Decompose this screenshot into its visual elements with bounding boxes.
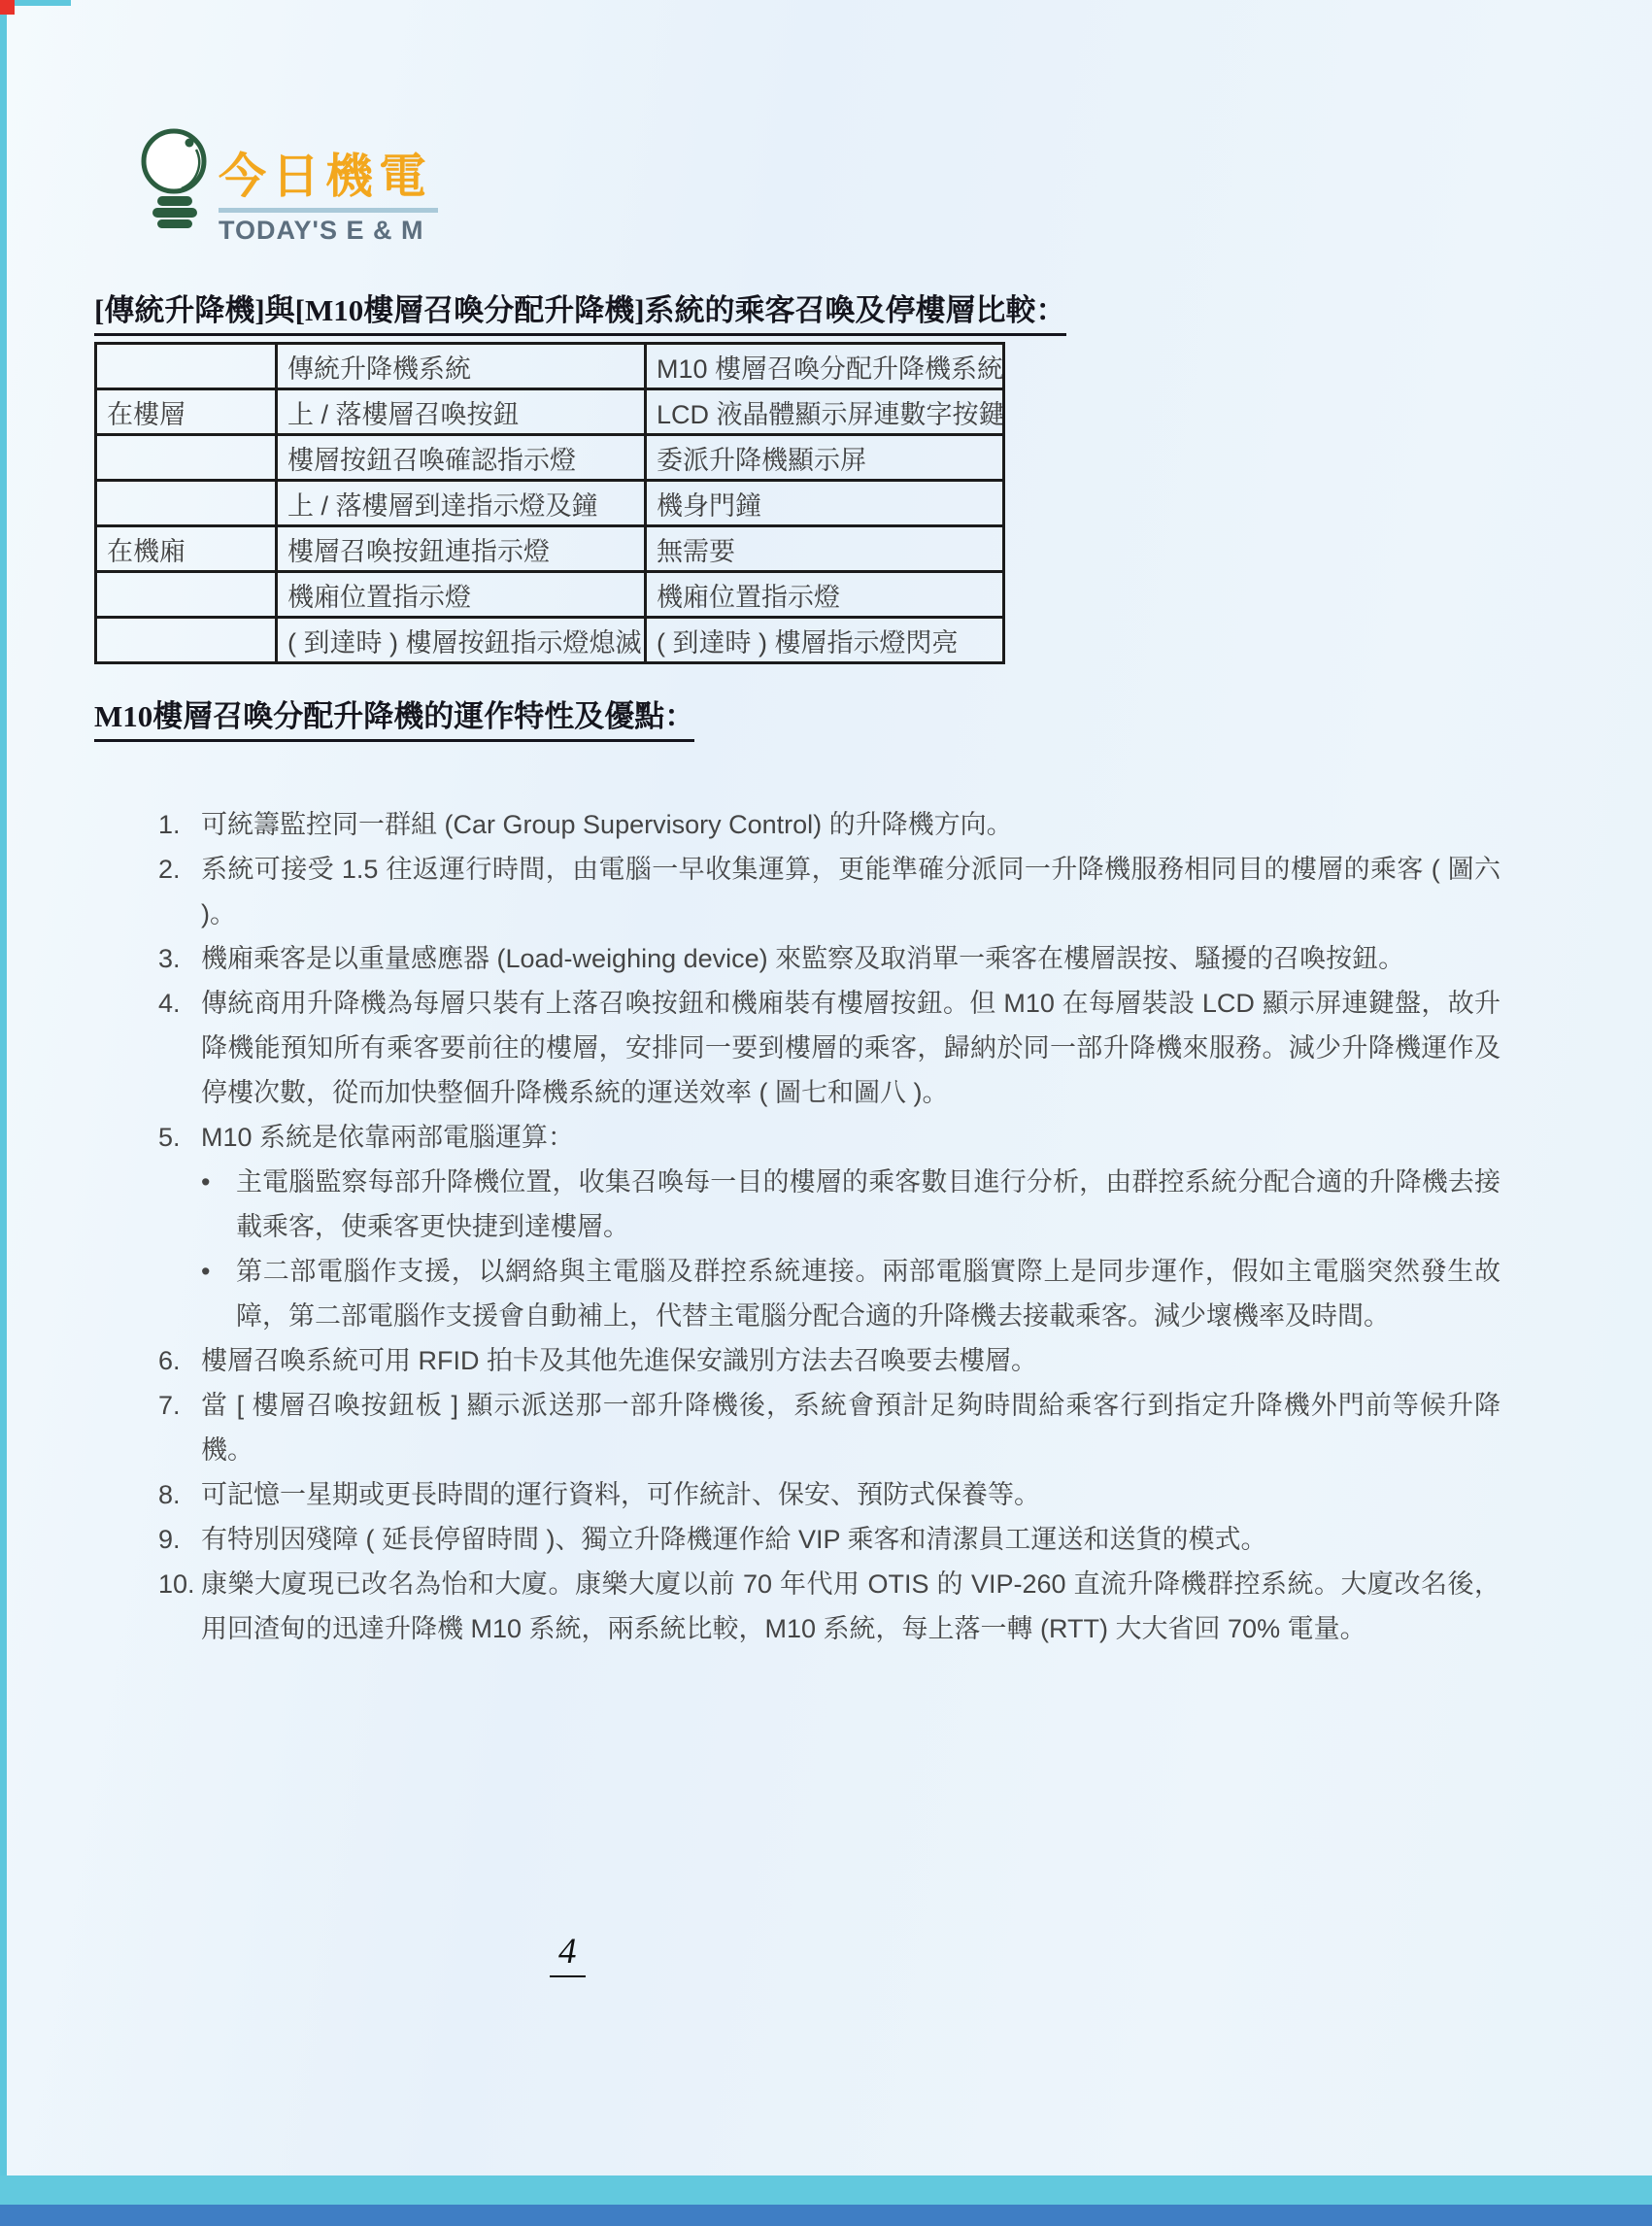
bottom-cyan-bar bbox=[0, 2175, 1652, 2205]
table-cell bbox=[96, 572, 277, 618]
list-item: 4. 傳統商用升降機為每層只裝有上落召喚按鈕和機廂裝有樓層按鈕。但 M10 在每… bbox=[158, 981, 1500, 1115]
list-item: 3. 機廂乘客是以重量感應器 (Load-weighing device) 來監… bbox=[158, 936, 1500, 981]
table-cell: 上 / 落樓層召喚按鈕 bbox=[277, 389, 646, 435]
logo-subtitle: TODAY'S E & M bbox=[219, 216, 438, 246]
table-cell: 樓層召喚按鈕連指示燈 bbox=[277, 526, 646, 572]
bullet-text: 主電腦監察每部升降機位置，收集召喚每一目的樓層的乘客數目進行分析，由群控系統分配… bbox=[236, 1160, 1500, 1249]
features-heading: M10樓層召喚分配升降機的運作特性及優點： bbox=[94, 691, 694, 742]
table-cell: 在樓層 bbox=[96, 389, 277, 435]
comparison-heading: [傳統升降機]與[M10樓層召喚分配升降機]系統的乘客召喚及停樓層比較： bbox=[94, 286, 1066, 336]
list-item: 6. 樓層召喚系統可用 RFID 拍卡及其他先進保安識別方法去召喚要去樓層。 bbox=[158, 1338, 1500, 1383]
item-text: M10 系統是依靠兩部電腦運算： bbox=[201, 1115, 1500, 1160]
item-text: 當 [ 樓層召喚按鈕板 ] 顯示派送那一部升降機後，系統會預計足夠時間給乘客行到… bbox=[201, 1383, 1500, 1472]
table-row: 傳統升降機系統 M10 樓層召喚分配升降機系統 bbox=[96, 344, 1004, 389]
corner-red-mark bbox=[0, 0, 15, 15]
table-row: 在機廂 樓層召喚按鈕連指示燈 無需要 bbox=[96, 526, 1004, 572]
logo-title: 今日機電 bbox=[219, 152, 438, 202]
item-text: 可記憶一星期或更長時間的運行資料，可作統計、保安、預防式保養等。 bbox=[201, 1472, 1500, 1517]
table-cell: 傳統升降機系統 bbox=[277, 344, 646, 389]
left-edge-cyan-bar bbox=[0, 15, 7, 2175]
item-text: 機廂乘客是以重量感應器 (Load-weighing device) 來監察及取… bbox=[201, 936, 1500, 981]
table-cell: 機身門鐘 bbox=[646, 481, 1004, 526]
table-row: ( 到達時 ) 樓層按鈕指示燈熄滅 ( 到達時 ) 樓層指示燈閃亮 bbox=[96, 618, 1004, 663]
table-cell: 樓層按鈕召喚確認指示燈 bbox=[277, 435, 646, 481]
table-cell bbox=[96, 618, 277, 663]
table-cell: 無需要 bbox=[646, 526, 1004, 572]
list-item: 1. 可統籌監控同一群組 (Car Group Supervisory Cont… bbox=[158, 802, 1500, 847]
table-row: 上 / 落樓層到達指示燈及鐘 機身門鐘 bbox=[96, 481, 1004, 526]
item-number: 2. bbox=[158, 847, 201, 936]
list-item: 7. 當 [ 樓層召喚按鈕板 ] 顯示派送那一部升降機後，系統會預計足夠時間給乘… bbox=[158, 1383, 1500, 1472]
item-text: 可統籌監控同一群組 (Car Group Supervisory Control… bbox=[201, 802, 1500, 847]
bullet-marker: • bbox=[201, 1249, 236, 1338]
item-number: 10. bbox=[158, 1562, 201, 1651]
item-number: 3. bbox=[158, 936, 201, 981]
list-item: 5. M10 系統是依靠兩部電腦運算： bbox=[158, 1115, 1500, 1160]
bullet-item: • 主電腦監察每部升降機位置，收集召喚每一目的樓層的乘客數目進行分析，由群控系統… bbox=[201, 1160, 1500, 1249]
table-cell: 機廂位置指示燈 bbox=[646, 572, 1004, 618]
table-cell: 上 / 落樓層到達指示燈及鐘 bbox=[277, 481, 646, 526]
table-cell: M10 樓層召喚分配升降機系統 bbox=[646, 344, 1004, 389]
item-number: 9. bbox=[158, 1517, 201, 1562]
table-cell: ( 到達時 ) 樓層按鈕指示燈熄滅 bbox=[277, 618, 646, 663]
table-cell bbox=[96, 344, 277, 389]
list-item: 8. 可記憶一星期或更長時間的運行資料，可作統計、保安、預防式保養等。 bbox=[158, 1472, 1500, 1517]
list-item: 2. 系統可接受 1.5 往返運行時間，由電腦一早收集運算，更能準確分派同一升降… bbox=[158, 847, 1500, 936]
list-item: 9. 有特別因殘障 ( 延長停留時間 )、獨立升降機運作給 VIP 乘客和清潔員… bbox=[158, 1517, 1500, 1562]
logo: 今日機電 TODAY'S E & M bbox=[141, 126, 438, 246]
table-row: 機廂位置指示燈 機廂位置指示燈 bbox=[96, 572, 1004, 618]
item-text: 康樂大廈現已改名為怡和大廈。康樂大廈以前 70 年代用 OTIS 的 VIP-2… bbox=[201, 1562, 1500, 1651]
item-number: 8. bbox=[158, 1472, 201, 1517]
table-row: 在樓層 上 / 落樓層召喚按鈕 LCD 液晶體顯示屏連數字按鍵 bbox=[96, 389, 1004, 435]
table-cell bbox=[96, 481, 277, 526]
features-list: 1. 可統籌監控同一群組 (Car Group Supervisory Cont… bbox=[158, 802, 1500, 1651]
table-cell: ( 到達時 ) 樓層指示燈閃亮 bbox=[646, 618, 1004, 663]
list-item: 10. 康樂大廈現已改名為怡和大廈。康樂大廈以前 70 年代用 OTIS 的 V… bbox=[158, 1562, 1500, 1651]
table-row: 樓層按鈕召喚確認指示燈 委派升降機顯示屏 bbox=[96, 435, 1004, 481]
bullet-item: • 第二部電腦作支援，以網絡與主電腦及群控系統連接。兩部電腦實際上是同步運作，假… bbox=[201, 1249, 1500, 1338]
item-number: 7. bbox=[158, 1383, 201, 1472]
table-cell: 機廂位置指示燈 bbox=[277, 572, 646, 618]
document-page: 今日機電 TODAY'S E & M [傳統升降機]與[M10樓層召喚分配升降機… bbox=[0, 0, 1652, 2226]
logo-underline bbox=[219, 208, 438, 213]
bullet-text: 第二部電腦作支援，以網絡與主電腦及群控系統連接。兩部電腦實際上是同步運作，假如主… bbox=[236, 1249, 1500, 1338]
lightbulb-icon bbox=[141, 126, 211, 241]
item-number: 5. bbox=[158, 1115, 201, 1160]
item-number: 1. bbox=[158, 802, 201, 847]
logo-text-block: 今日機電 TODAY'S E & M bbox=[219, 126, 438, 246]
item-text: 有特別因殘障 ( 延長停留時間 )、獨立升降機運作給 VIP 乘客和清潔員工運送… bbox=[201, 1517, 1500, 1562]
table-cell: 委派升降機顯示屏 bbox=[646, 435, 1004, 481]
item-number: 4. bbox=[158, 981, 201, 1115]
item-text: 傳統商用升降機為每層只裝有上落召喚按鈕和機廂裝有樓層按鈕。但 M10 在每層裝設… bbox=[201, 981, 1500, 1115]
table-cell: LCD 液晶體顯示屏連數字按鍵 bbox=[646, 389, 1004, 435]
bullet-marker: • bbox=[201, 1160, 236, 1249]
bottom-blue-bar bbox=[0, 2205, 1652, 2226]
item-number: 6. bbox=[158, 1338, 201, 1383]
page-number: 4 bbox=[550, 1931, 586, 1977]
item-text: 系統可接受 1.5 往返運行時間，由電腦一早收集運算，更能準確分派同一升降機服務… bbox=[201, 847, 1500, 936]
comparison-table: 傳統升降機系統 M10 樓層召喚分配升降機系統 在樓層 上 / 落樓層召喚按鈕 … bbox=[94, 342, 1005, 664]
table-cell bbox=[96, 435, 277, 481]
table-cell: 在機廂 bbox=[96, 526, 277, 572]
top-edge-cyan-bar bbox=[15, 0, 71, 6]
item-text: 樓層召喚系統可用 RFID 拍卡及其他先進保安識別方法去召喚要去樓層。 bbox=[201, 1338, 1500, 1383]
